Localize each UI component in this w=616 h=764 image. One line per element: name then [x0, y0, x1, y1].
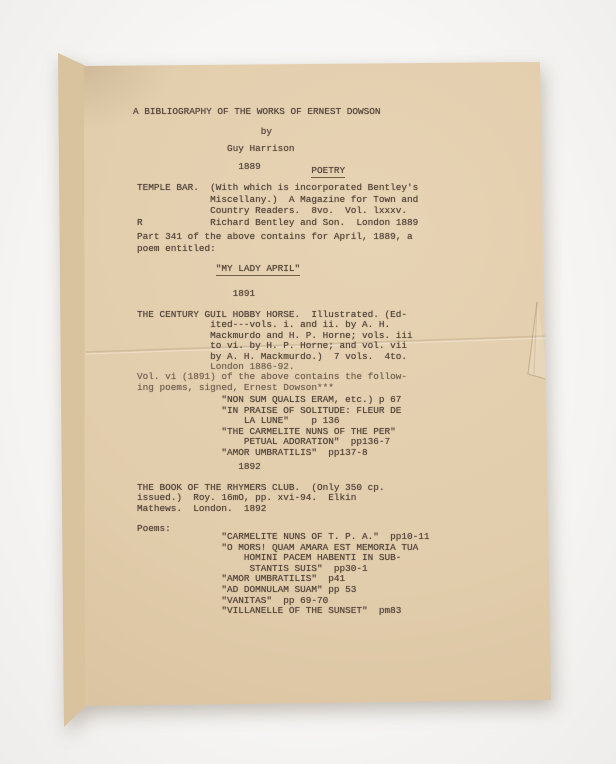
poem-list-item: "AD DOMNULAM SUAM" pp 53 [137, 585, 430, 596]
typed-page: A BIBLIOGRAPHY OF THE WORKS OF ERNEST DO… [0, 0, 616, 764]
poem-list-item: "VILLANELLE OF THE SUNSET" pm83 [137, 606, 430, 617]
poem-title-line: "MY LADY APRIL" [137, 263, 300, 274]
year-1891-block: 1891 [137, 288, 255, 299]
rhymers-club-entry: THE BOOK OF THE RHYMERS CLUB. (Only 350 … [137, 483, 385, 514]
typed-line: Miscellany.) A Magazine for Town and [137, 194, 418, 206]
typed-line: Country Readers. 8vo. Vol. lxxxv. [137, 205, 418, 217]
year-1891: 1891 [137, 288, 255, 299]
title-block: A BIBLIOGRAPHY OF THE WORKS OF ERNEST DO… [137, 106, 381, 117]
typed-line: Part 341 of the above contains for April… [137, 231, 413, 243]
poems-1891-list: "NON SUM QUALIS ERAM, etc.) p 67 "IN PRA… [137, 395, 401, 459]
poetry-heading: POETRY [311, 165, 345, 178]
year-1892: 1892 [137, 461, 261, 472]
typed-text: A BIBLIOGRAPHY OF THE WORKS OF ERNEST DO… [0, 0, 616, 764]
byline: by [137, 126, 272, 137]
author-name: Guy Harrison [137, 143, 295, 154]
year-1892-block: 1892 [137, 461, 261, 472]
poems-1892-list: "CARMELITE NUNS OF T. P. A." pp10-11 "O … [137, 532, 430, 617]
photograph-background: A BIBLIOGRAPHY OF THE WORKS OF ERNEST DO… [0, 0, 616, 764]
part-note-block: Part 341 of the above contains for April… [137, 231, 413, 254]
document-page: A BIBLIOGRAPHY OF THE WORKS OF ERNEST DO… [0, 0, 616, 764]
byline-block: by [137, 126, 272, 137]
page-title: A BIBLIOGRAPHY OF THE WORKS OF ERNEST DO… [133, 106, 381, 117]
year-poetry-line: 1889POETRY [137, 161, 345, 174]
poem-list-item: "CARMELITE NUNS OF T. P. A." pp10-11 [137, 532, 430, 543]
author-block: Guy Harrison [137, 143, 295, 154]
century-guild-entry: THE CENTURY GUIL HOBBY HORSE. Illustrate… [137, 310, 413, 393]
typed-line: R Richard Bentley and Son. London 1889 [137, 217, 418, 229]
typed-line: Mathews. London. 1892 [137, 504, 385, 514]
year-1889: 1889 [238, 161, 261, 172]
poem-list-item: "NON SUM QUALIS ERAM, etc.) p 67 [137, 395, 401, 406]
typed-line: poem entitled: [137, 243, 413, 255]
year-1889-block: 1889POETRY [137, 161, 345, 174]
poem-list-item: "AMOR UMBRATILIS" pp137-8 [137, 448, 401, 459]
typed-line: ing poems, signed, Ernest Dowson*** [137, 383, 413, 393]
my-lady-april-block: "MY LADY APRIL" [137, 263, 300, 274]
my-lady-april-title: "MY LADY APRIL" [216, 263, 300, 276]
temple-bar-entry: TEMPLE BAR. (With which is incorporated … [137, 182, 418, 229]
typed-line: TEMPLE BAR. (With which is incorporated … [137, 182, 418, 194]
